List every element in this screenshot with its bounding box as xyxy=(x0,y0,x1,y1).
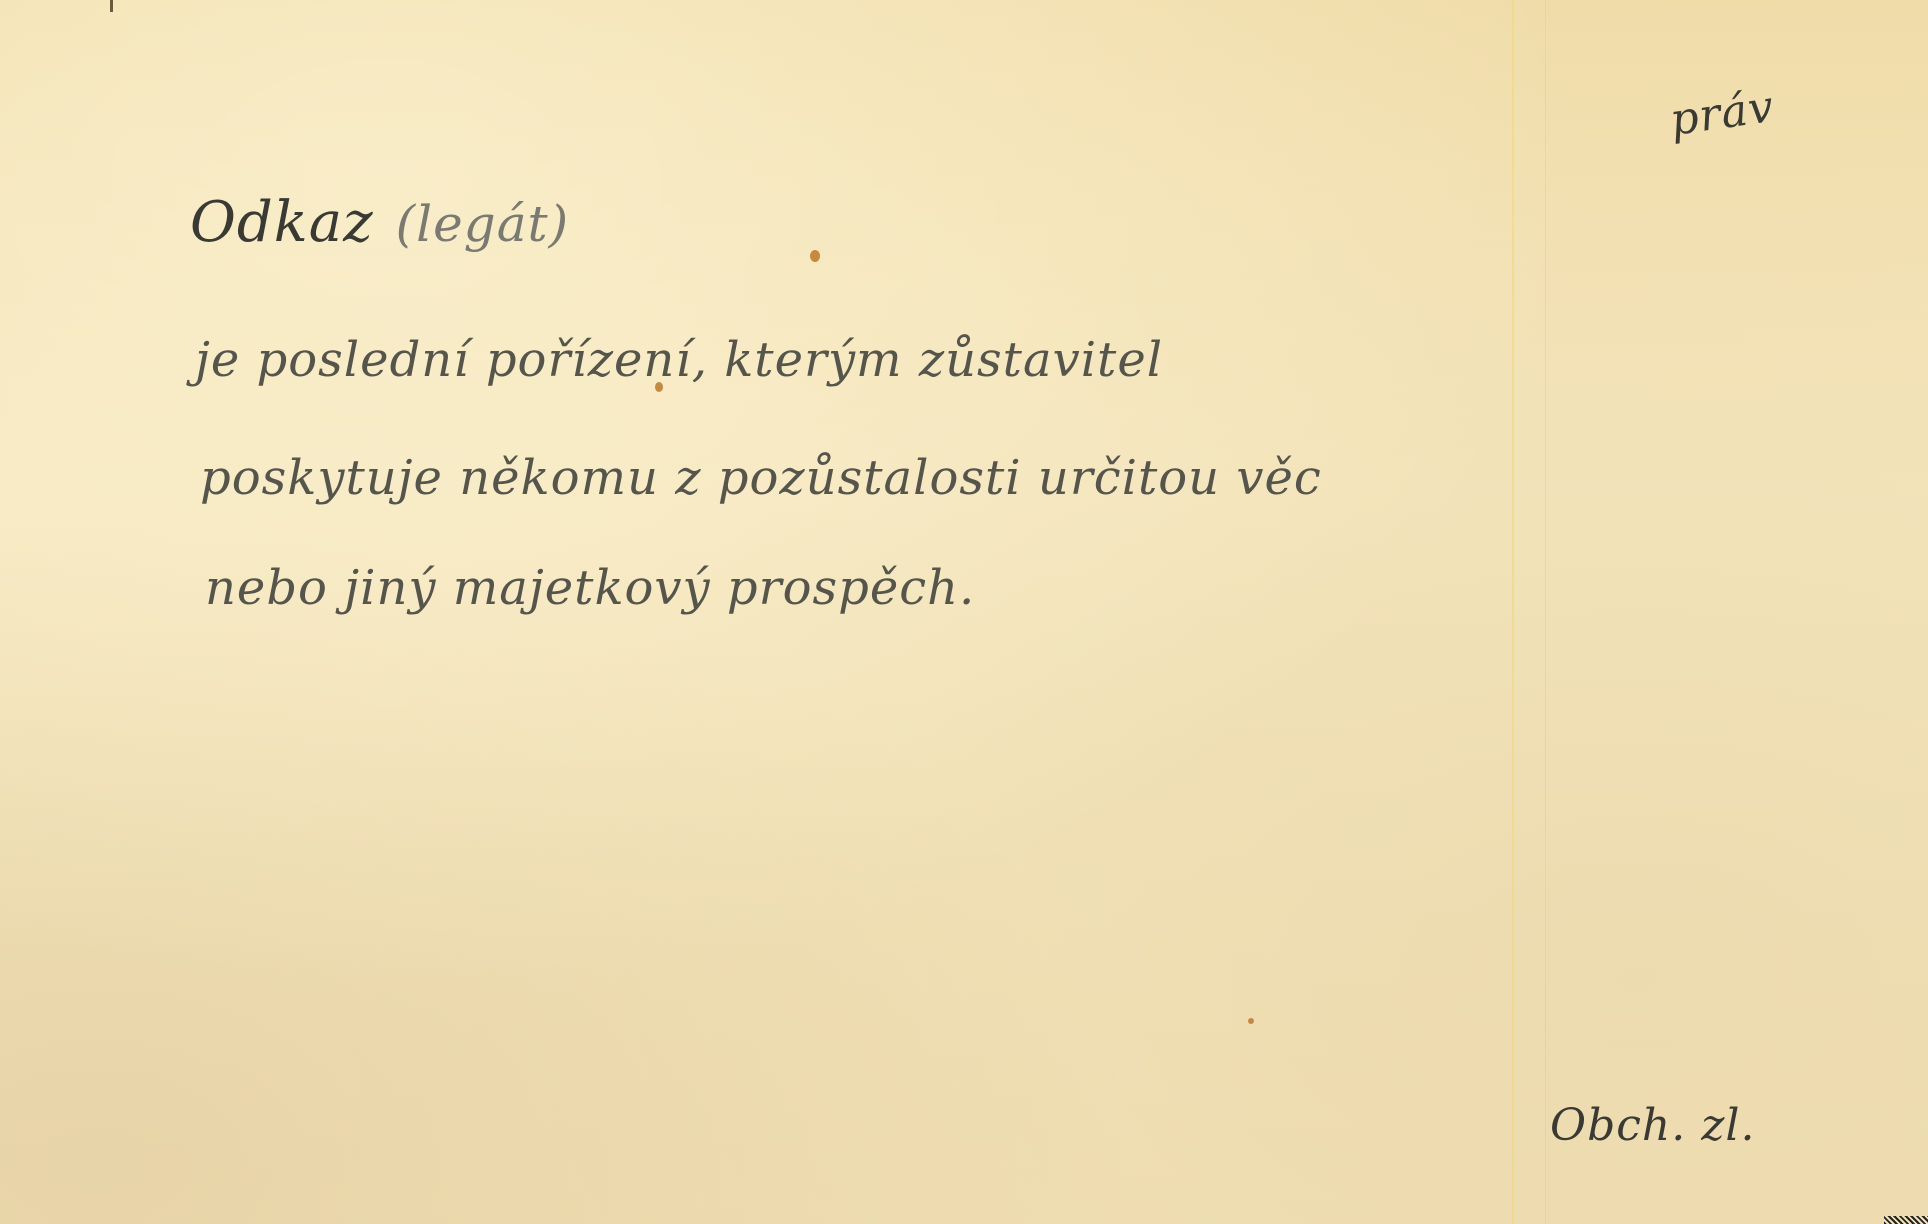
ink-stain xyxy=(810,250,820,262)
body-line-1: je poslední pořízení, kterým zůstavitel xyxy=(195,332,1163,388)
ink-stain xyxy=(655,382,663,392)
pin-mark xyxy=(110,0,113,12)
vertical-rule-line-faint xyxy=(1545,0,1546,1224)
heading-alias: (legát) xyxy=(396,195,570,253)
body-line-2: poskytuje někomu z pozůstalosti určitou … xyxy=(200,450,1322,506)
vertical-rule-line xyxy=(1512,0,1514,1224)
index-card: práv Odkaz(legát) je poslední pořízení, … xyxy=(0,0,1928,1224)
heading-term: Odkaz xyxy=(190,190,374,255)
scan-corner-hatch xyxy=(1884,1216,1928,1224)
signature-abbreviation: Obch. zl. xyxy=(1550,1100,1755,1151)
body-line-3: nebo jiný majetkový prospěch. xyxy=(205,560,975,616)
card-heading: Odkaz(legát) xyxy=(190,190,569,255)
corner-category-tag: práv xyxy=(1667,81,1777,146)
ink-stain xyxy=(1248,1018,1254,1024)
